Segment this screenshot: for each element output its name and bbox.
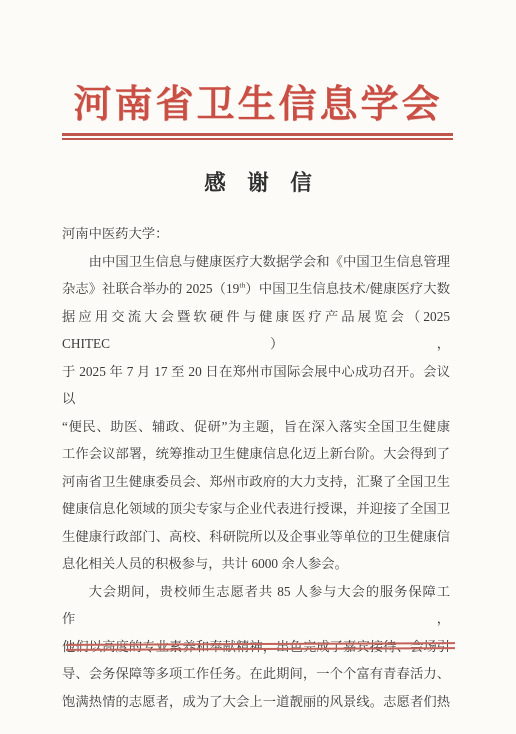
body-line: 导、会务保障等多项工作任务。在此期间，一个个富有青春活力、 bbox=[62, 660, 450, 688]
body-line: 据应用交流大会暨软硬件与健康医疗产品展览会（2025 CHITEC）， bbox=[62, 303, 450, 358]
document-title: 感 谢 信 bbox=[0, 172, 516, 196]
body-line: 健康信息化领域的顶尖专家与企业代表进行授课，并迎接了全国卫 bbox=[62, 495, 450, 523]
letterhead-double-rule bbox=[62, 133, 453, 140]
body-line: 大会期间，贵校师生志愿者共 85 人参与大会的服务保障工作， bbox=[62, 578, 450, 633]
letter-body: 河南中医药大学：由中国卫生信息与健康医疗大数据学会和《中国卫生信息管理杂志》社联… bbox=[62, 220, 450, 715]
letter-page: 河南省卫生信息学会 感 谢 信 河南中医药大学：由中国卫生信息与健康医疗大数据学… bbox=[0, 0, 516, 734]
body-line: 饱满热情的志愿者，成为了大会上一道靓丽的风景线。志愿者们热 bbox=[62, 688, 450, 716]
body-line: 息化相关人员的积极参与，共计 6000 余人参会。 bbox=[62, 550, 450, 578]
salutation: 河南中医药大学： bbox=[62, 220, 450, 248]
letterhead-organization-name: 河南省卫生信息学会 bbox=[0, 86, 516, 124]
letterhead-rule-thin bbox=[62, 138, 453, 140]
body-line: 由中国卫生信息与健康医疗大数据学会和《中国卫生信息管理 bbox=[62, 248, 450, 276]
body-line: 于 2025 年 7 月 17 至 20 日在郑州市国际会展中心成功召开。会议以 bbox=[62, 358, 450, 413]
body-line: “便民、助医、辅政、促研”为主题，旨在深入落实全国卫生健康 bbox=[62, 413, 450, 441]
body-line: 杂志》社联合举办的 2025（19th）中国卫生信息技术/健康医疗大数 bbox=[62, 275, 450, 303]
body-line: 河南省卫生健康委员会、郑州市政府的大力支持，汇聚了全国卫生 bbox=[62, 468, 450, 496]
body-line: 工作会议部署，统筹推动卫生健康信息化迈上新台阶。大会得到了 bbox=[62, 440, 450, 468]
body-line: 生健康行政部门、高校、科研院所以及企事业等单位的卫生健康信 bbox=[62, 523, 450, 551]
